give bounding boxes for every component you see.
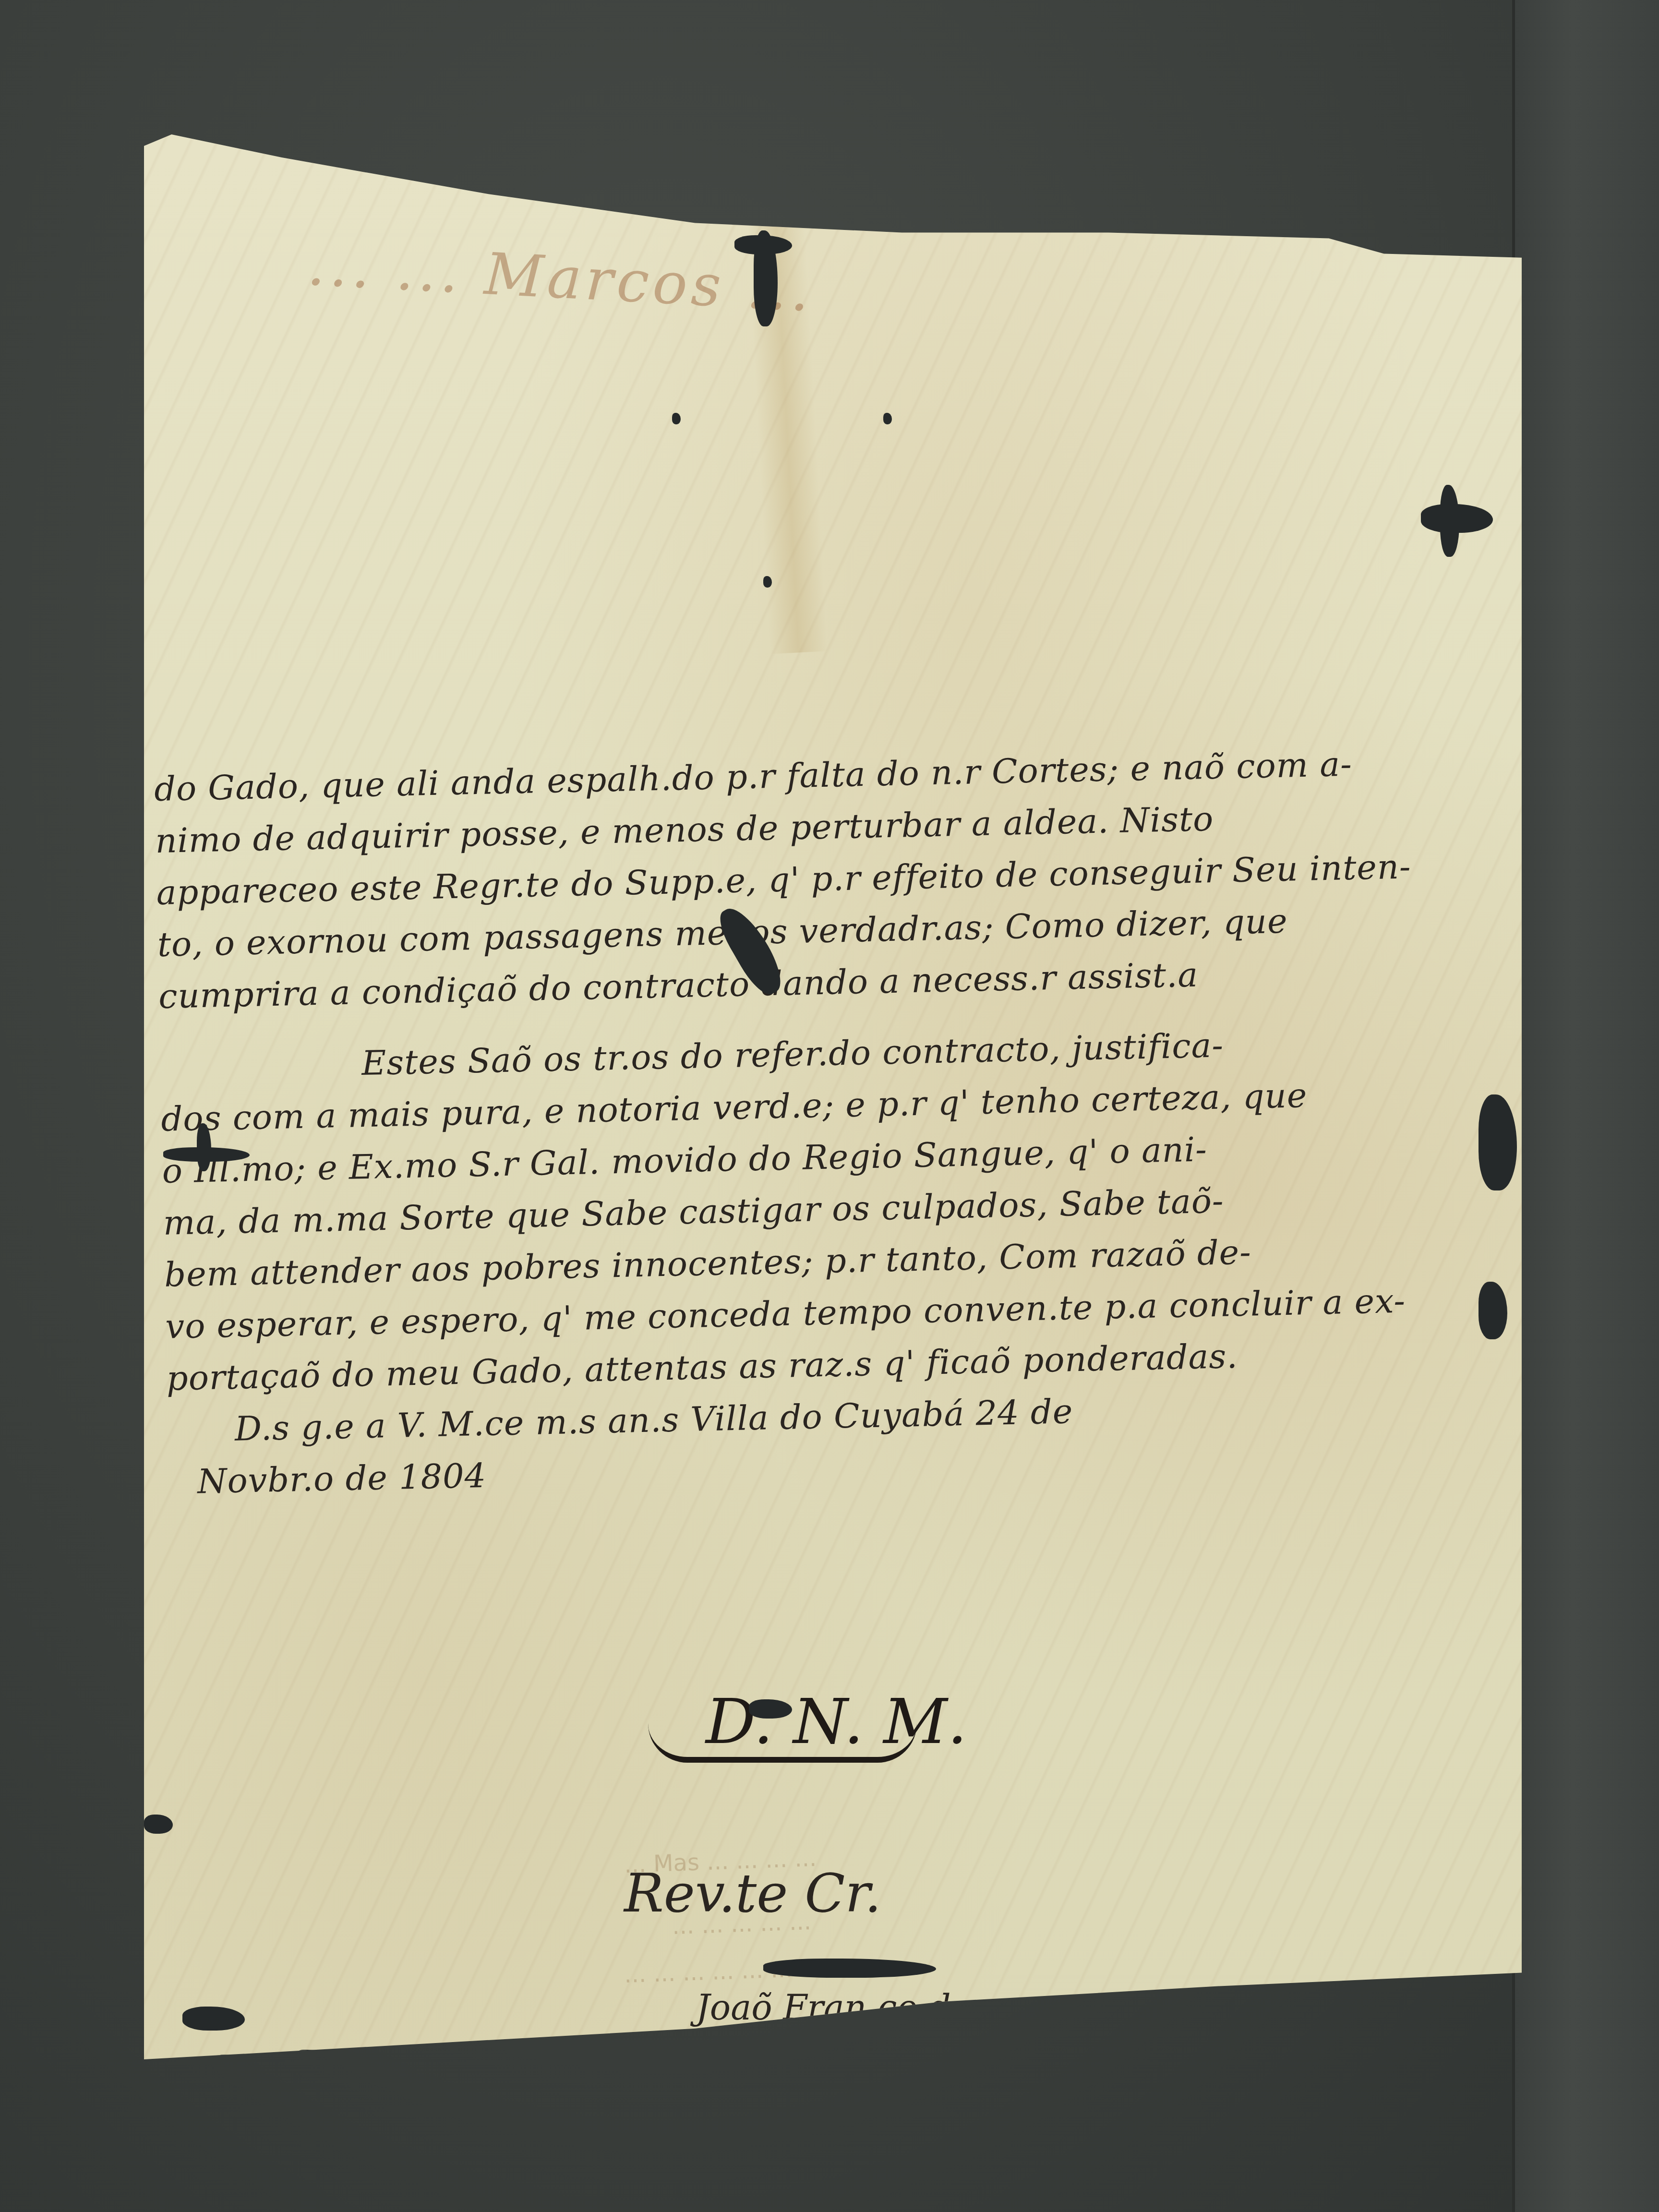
signature: D. N. M.	[706, 1685, 967, 1758]
ink-damage	[763, 1959, 936, 1978]
ink-damage	[672, 413, 681, 424]
mounting-board	[1512, 0, 1659, 2212]
letter-body: do Gado, que ali anda espalh.do p.r falt…	[154, 740, 1273, 1508]
ink-damage	[763, 576, 772, 588]
ink-damage	[144, 1815, 173, 1834]
ink-damage	[883, 413, 892, 424]
ink-damage	[1479, 1282, 1507, 1339]
ink-damage	[734, 235, 792, 254]
ink-damage	[1479, 1094, 1517, 1190]
addressee-title: Rev.te Cr.	[624, 1863, 881, 1924]
ink-damage	[182, 2007, 245, 2031]
ink-damage	[1440, 485, 1459, 557]
manuscript-page: ... ... Marcos ... ... Mas ... ... ... .…	[144, 134, 1522, 2059]
ink-damage	[749, 1699, 792, 1719]
